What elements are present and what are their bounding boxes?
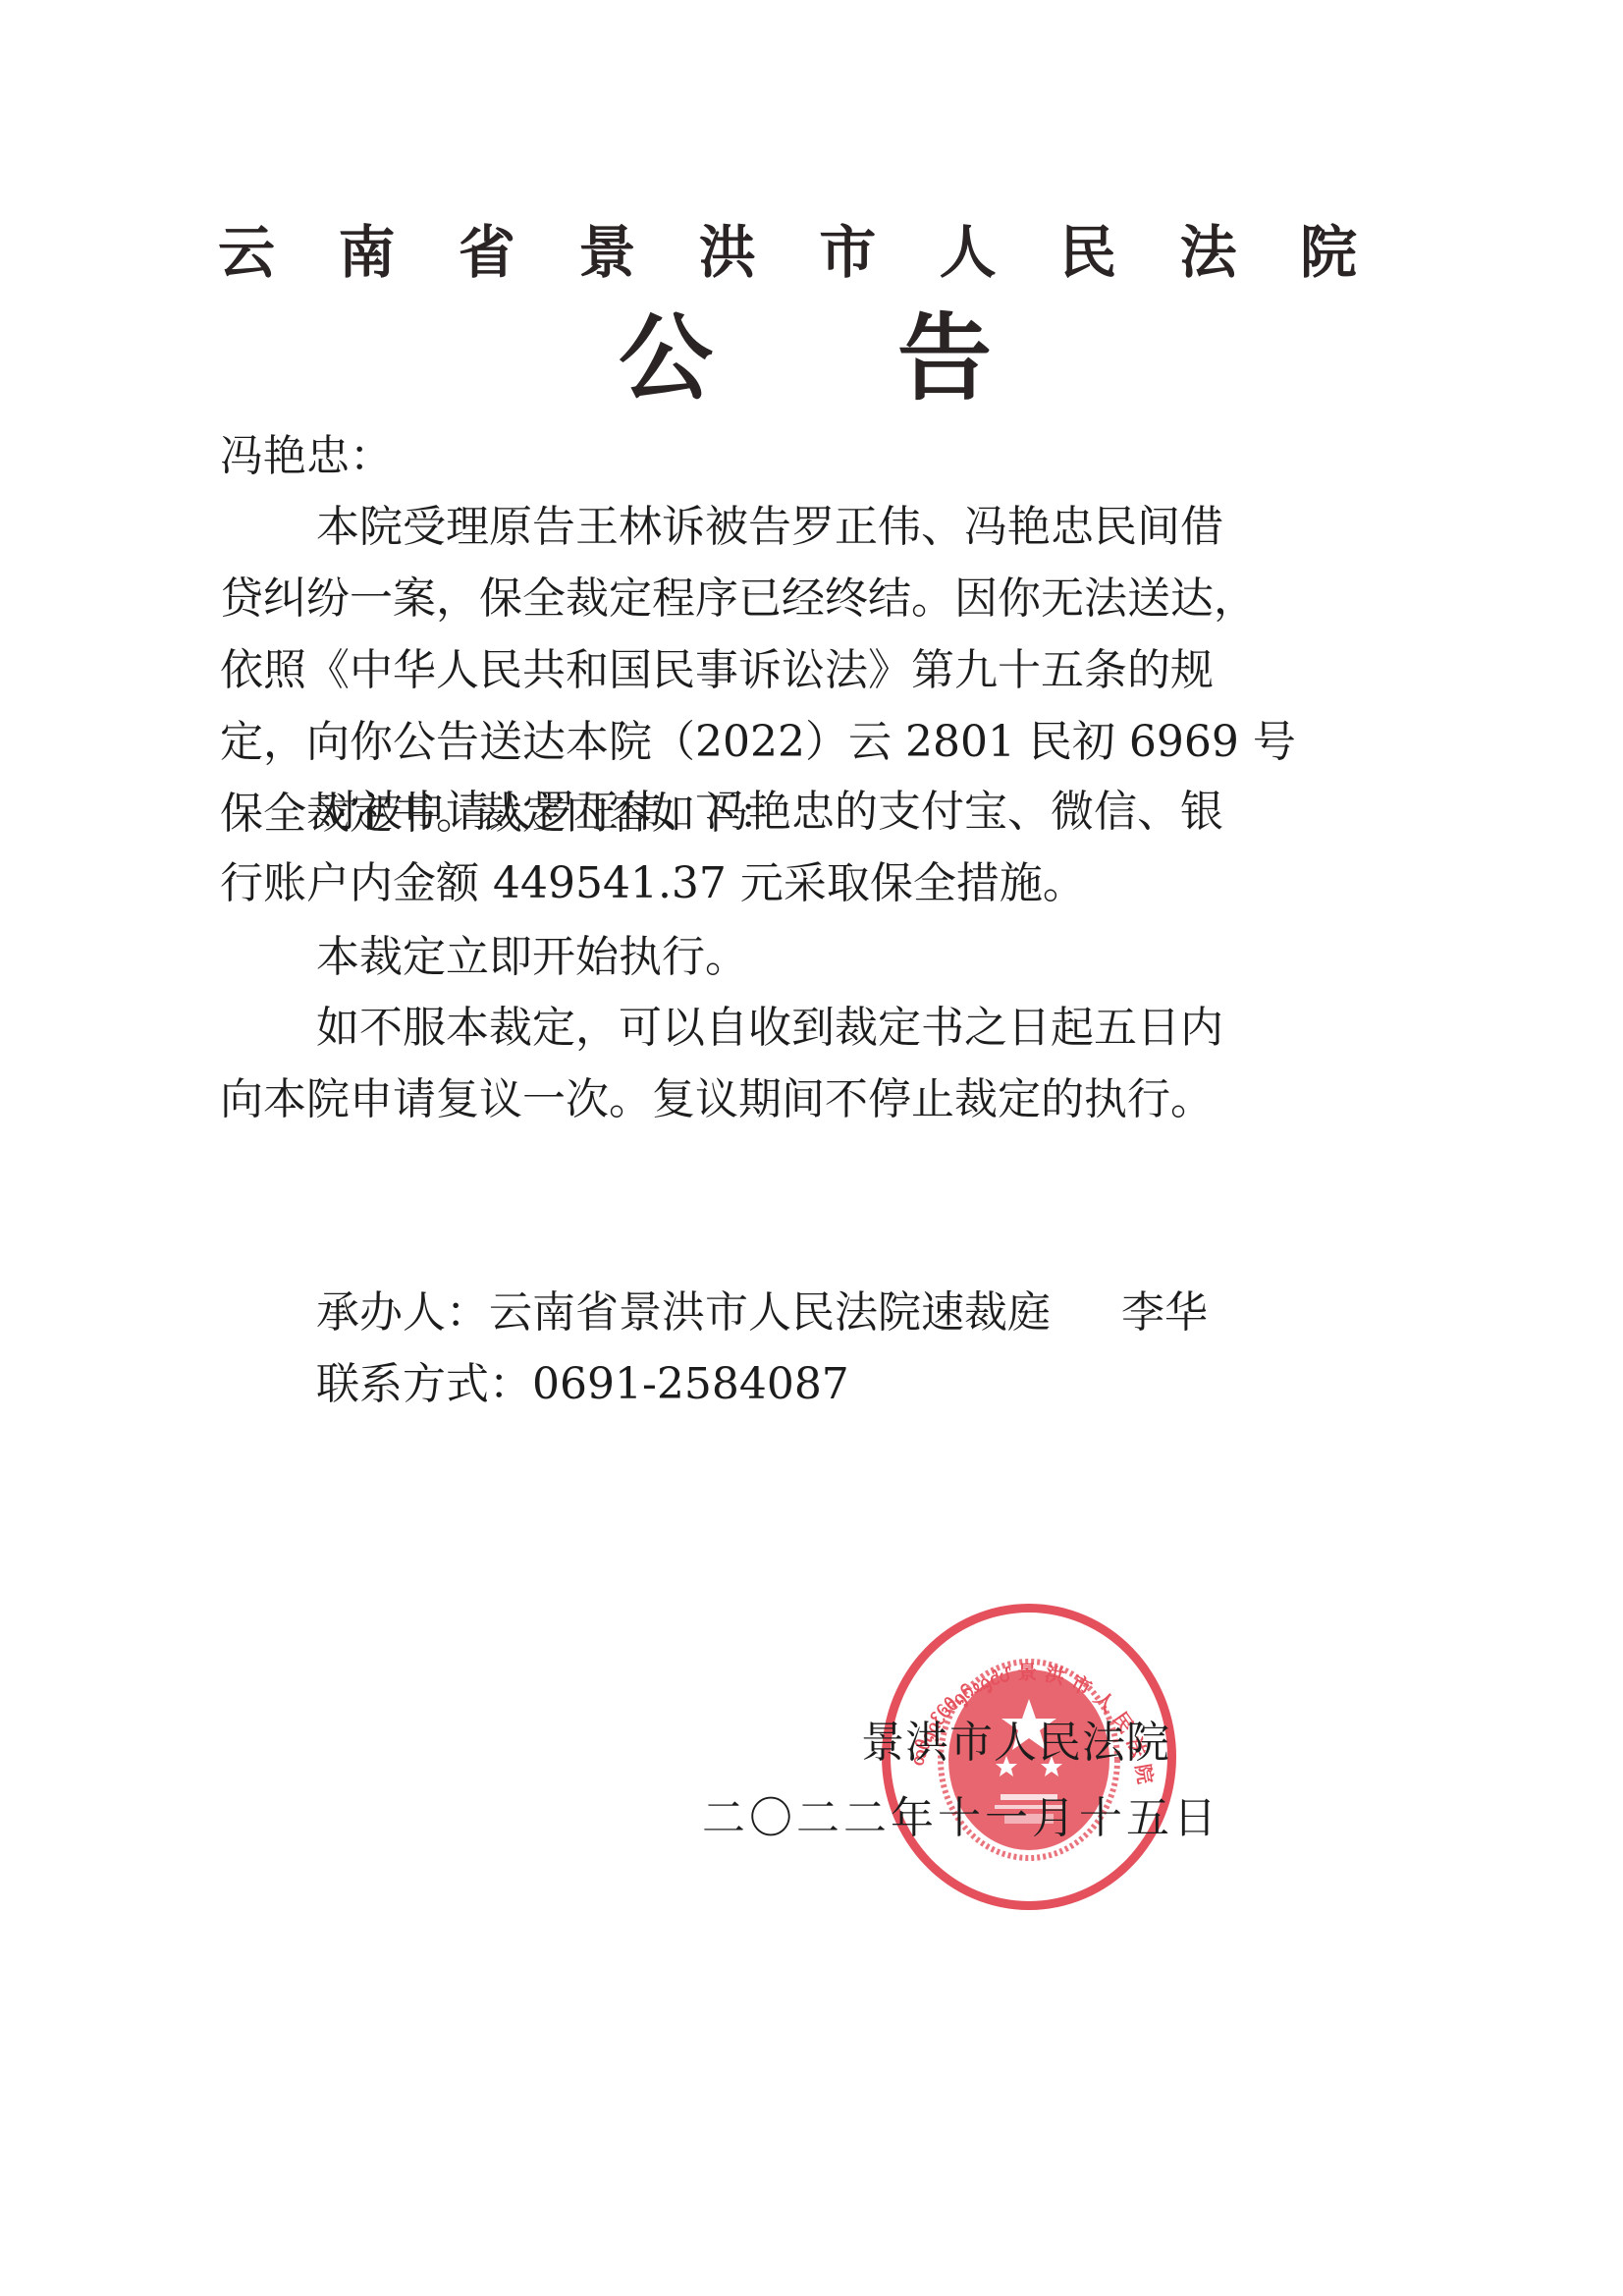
court-name-char: 南 — [338, 218, 395, 287]
handler-row: 承办人： 云南省景洪市人民法院速裁庭 李华 — [220, 1277, 1359, 1348]
text-line: 行账户内金额 449541.37 元采取保全措施。 — [220, 847, 1359, 919]
handler-department: 云南省景洪市人民法院速裁庭 — [489, 1277, 1051, 1348]
doc-title-char: 告 — [897, 304, 992, 412]
text-line: 对被申请人罗正伟、冯艳忠的支付宝、微信、银 — [220, 776, 1359, 847]
paragraph-execution: 本裁定立即开始执行。 — [220, 921, 1359, 993]
text-line: 向本院申请复议一次。复议期间不停止裁定的执行。 — [220, 1064, 1359, 1135]
paragraph-appeal: 如不服本裁定，可以自收到裁定书之日起五日内 向本院申请复议一次。复议期间不停止裁… — [220, 992, 1359, 1135]
text-line: 本院受理原告王林诉被告罗正伟、冯艳忠民间借 — [220, 491, 1359, 563]
court-name-char: 法 — [1180, 218, 1237, 287]
contact-label: 联系方式： — [316, 1348, 532, 1420]
paragraph-ruling-content: 对被申请人罗正伟、冯艳忠的支付宝、微信、银 行账户内金额 449541.37 元… — [220, 776, 1359, 919]
court-name-char: 人 — [940, 218, 997, 287]
court-name-char: 洪 — [699, 218, 756, 287]
court-name-char: 省 — [459, 218, 515, 287]
court-name-char: 民 — [1059, 218, 1116, 287]
signature-date: 二〇二二年十一月十五日 — [702, 1789, 1220, 1848]
handler-line: 承办人： 云南省景洪市人民法院速裁庭 李华 — [220, 1277, 1359, 1348]
text-line: 依照《中华人民共和国民事诉讼法》第九十五条的规 — [220, 634, 1359, 706]
court-name-char: 院 — [1300, 218, 1357, 287]
text-line: 贷纠纷一案，保全裁定程序已经终结。因你无法送达， — [220, 563, 1359, 634]
doc-title-char: 公 — [619, 304, 713, 412]
court-name-char: 景 — [578, 218, 635, 287]
document-title: 公 告 — [619, 304, 992, 412]
salutation-line: 冯艳忠： — [220, 420, 1359, 492]
handler-name: 李华 — [1121, 1277, 1208, 1348]
contact-row: 联系方式： 0691-2584087 — [220, 1348, 1359, 1420]
salutation: 冯艳忠： — [220, 420, 1359, 492]
court-name-char: 云 — [218, 218, 275, 287]
contact-phone: 0691-2584087 — [532, 1348, 849, 1420]
signature-court-name: 景洪市人民法院 — [861, 1714, 1170, 1773]
text-line: 定，向你公告送达本院（2022）云 2801 民初 6969 号 — [220, 706, 1359, 778]
text-line: 如不服本裁定，可以自收到裁定书之日起五日内 — [220, 992, 1359, 1064]
handler-label: 承办人： — [316, 1277, 489, 1348]
announcement-page: 云 南 省 景 洪 市 人 民 法 院 公 告 冯艳忠： 本院受理原告王林诉被告… — [0, 0, 1623, 2296]
text-line: 本裁定立即开始执行。 — [220, 921, 1359, 993]
contact-line: 联系方式： 0691-2584087 — [220, 1348, 1359, 1420]
court-name-heading: 云 南 省 景 洪 市 人 民 法 院 — [218, 218, 1357, 287]
court-name-char: 市 — [819, 218, 876, 287]
